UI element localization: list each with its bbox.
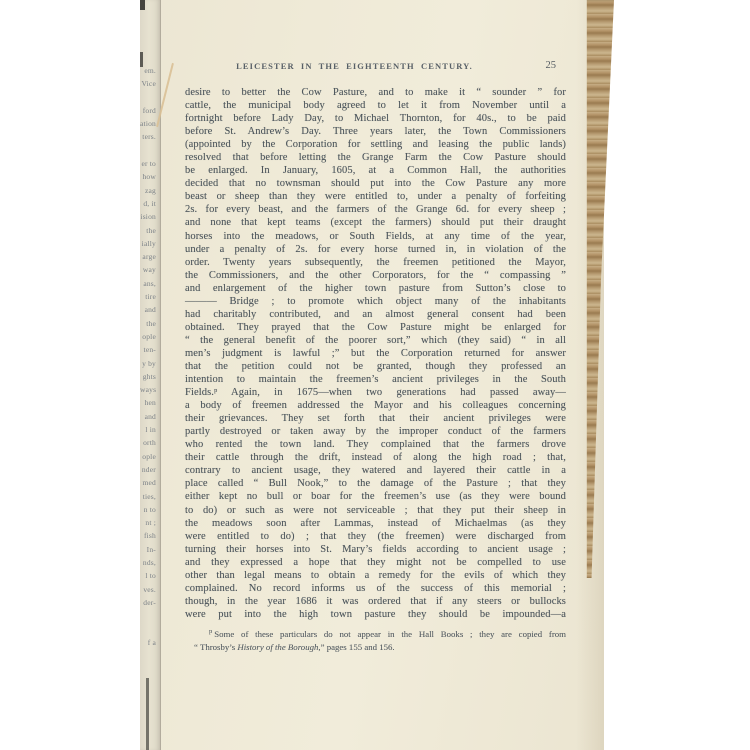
text-line: were entitled to do) ; that they (the fr… [185,530,566,543]
text-fragment: the [140,317,156,330]
text-line: contrary to ancient usage, they watered … [185,464,566,477]
text-fragment: tire [140,290,156,303]
text-fragment [140,144,156,157]
text-line: obtained. They prayed that the Cow Pastu… [185,321,566,334]
text-line: intention to maintain the freemen’s anci… [185,373,566,386]
text-fragment: ially [140,237,156,250]
text-fragment: ties, [140,490,156,503]
text-fragment: zag [140,184,156,197]
footnote-marker: p [209,628,212,635]
footnote-text: “ Throsby’s [194,642,237,652]
text-line: who rented the town land. They complaine… [185,438,566,451]
text-fragment: ople [140,450,156,463]
footnote-line-1: pSome of these particulars do not appear… [185,626,566,641]
text-line: horses into the meadows, or South Fields… [185,230,566,243]
text-fragment: arge [140,250,156,263]
page-number: 25 [546,60,557,71]
body-text: desire to better the Cow Pasture, and to… [185,86,566,621]
text-fragment: n to [140,503,156,516]
text-fragment: ation [140,117,156,130]
text-fragment: der- [140,596,156,609]
text-fragment: and [140,303,156,316]
page-header-title: LEICESTER IN THE EIGHTEENTH CENTURY. [185,61,524,71]
text-line: Fields.ᵖ Again, in 1675—when two generat… [185,386,566,399]
text-fragment: ters. [140,130,156,143]
text-line: the Commissioners, and the other Corpora… [185,269,566,282]
text-fragment: ision [140,210,156,223]
text-fragment: ghts [140,370,156,383]
text-fragment: the [140,224,156,237]
text-fragment: orth [140,436,156,449]
text-line: either kept no bull or boar for the free… [185,490,566,503]
text-fragment: nder [140,463,156,476]
text-line: be enlarged. In January, 1605, at a Comm… [185,164,566,177]
text-line: decided that no townsman should put into… [185,177,566,190]
text-line: a body of freemen addressed the Mayor an… [185,399,566,412]
running-header: LEICESTER IN THE EIGHTEENTH CENTURY. 25 [185,61,566,75]
text-line: under a penalty of 2s. for every horse t… [185,243,566,256]
text-fragment: hen [140,396,156,409]
text-fragment: nt ; [140,516,156,529]
text-fragment: In- [140,543,156,556]
text-line: complained. No record informs us of the … [185,582,566,595]
text-fragment: ans, [140,277,156,290]
text-line: 2s. for every beast, and the farmers of … [185,203,566,216]
text-fragment: f a [140,636,156,649]
text-line: other than legal means to obtain a remed… [185,569,566,582]
text-line: cattle, the municipal body agreed to let… [185,99,566,112]
text-line: desire to better the Cow Pasture, and to… [185,86,566,99]
text-line: their grievances. They set forth that th… [185,412,566,425]
text-fragment: l to [140,569,156,582]
gutter-shadow-mark [140,52,143,67]
text-fragment: l in [140,423,156,436]
gutter-shadow-mark [146,678,149,750]
text-line: before St. Andrew’s Day. Three years lat… [185,125,566,138]
text-line: and enlargement of the higher town pastu… [185,282,566,295]
text-line: men’s judgment is lawful ;” but the Corp… [185,347,566,360]
text-fragment: med [140,476,156,489]
text-line: partly destroyed or taken away by the im… [185,425,566,438]
text-line: though, in the year 1686 it was ordered … [185,595,566,608]
text-fragment [140,622,156,635]
marginal-text-fragments: em.Vice fordationters. er tohowzagd, iti… [140,64,156,649]
footnote-book-title: History of the Borough [237,642,318,652]
text-fragment: er to [140,157,156,170]
text-fragment: way [140,263,156,276]
text-line: fortnight before Lady Day, to Michael Th… [185,112,566,125]
text-fragment: and [140,410,156,423]
text-fragment: d, it [140,197,156,210]
text-fragment: ople [140,330,156,343]
footnote-text: ,” pages 155 and 156. [318,642,394,652]
page-content: LEICESTER IN THE EIGHTEENTH CENTURY. 25 … [185,0,566,750]
text-line: resolved that before letting the Grange … [185,151,566,164]
text-fragment: how [140,170,156,183]
text-fragment: nds, [140,556,156,569]
gutter-shadow-mark [140,0,145,10]
text-line: order. Twenty years subsequently, the fr… [185,256,566,269]
text-fragment [140,91,156,104]
text-line: beast or sheep than they were entitled t… [185,190,566,203]
facing-page-edge: em.Vice fordationters. er tohowzagd, iti… [140,0,161,750]
book-page-scan: em.Vice fordationters. er tohowzagd, iti… [140,0,604,750]
text-line: ——— Bridge ; to promote which object man… [185,295,566,308]
text-fragment [140,609,156,622]
text-line: turning their horses into St. Mary’s fie… [185,543,566,556]
footnote: pSome of these particulars do not appear… [185,626,566,654]
text-fragment: fish [140,529,156,542]
text-line: that the petition could not be granted, … [185,360,566,373]
book-photo: em.Vice fordationters. er tohowzagd, iti… [0,0,750,750]
text-fragment: ford [140,104,156,117]
text-line: the meadows soon after Lammas, instead o… [185,517,566,530]
text-line: were put into the high town pasture they… [185,608,566,621]
text-line: had charitably contributed, and an almos… [185,308,566,321]
text-fragment: ves. [140,583,156,596]
text-fragment: ten- [140,343,156,356]
text-line: their cattle through the drift, instead … [185,451,566,464]
text-fragment: y by [140,357,156,370]
text-line: to do) or such as were not serviceable ;… [185,504,566,517]
footnote-line-2: “ Throsby’s History of the Borough,” pag… [185,641,566,654]
text-line: “ the general benefit of the poorer sort… [185,334,566,347]
text-fragment: ways [140,383,156,396]
text-fragment: Vice [140,77,156,90]
text-line: place called “ Bull Nook,” to the damage… [185,477,566,490]
text-line: and they expressed a hope that they migh… [185,556,566,569]
text-line: and none that kept teams (except the far… [185,216,566,229]
text-line: (appointed by the Corporation for settli… [185,138,566,151]
footnote-text: Some of these particulars do not appear … [214,629,566,639]
screenshot-root: { "colors":{ "paper":"#efead7", "paper_d… [0,0,750,750]
